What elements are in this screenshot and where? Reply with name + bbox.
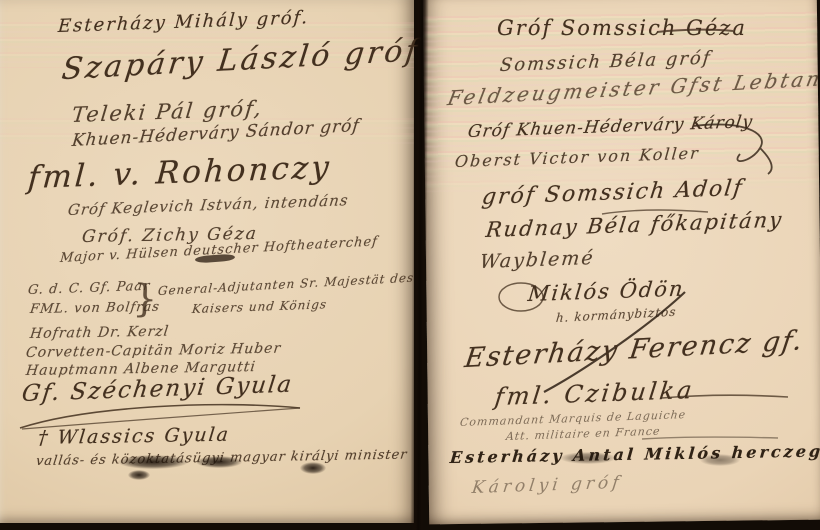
ink-blot (118, 455, 188, 469)
ink-smudge (700, 454, 740, 466)
ink-blot (196, 456, 242, 468)
book-gutter (410, 0, 429, 530)
signature-somssich-geza: Gróf Somssich Géza (497, 16, 747, 40)
ink-blot (300, 462, 326, 474)
signature-waybleme: Wayblemé (479, 247, 596, 273)
signature-wlassics-gyula: † Wlassics Gyula (37, 424, 231, 449)
group-brace: } (132, 276, 158, 321)
ink-smudge (560, 452, 616, 464)
scanned-guestbook-spread: Esterházy Mihály gróf. Szapáry László gr… (0, 0, 820, 530)
ink-blot (128, 470, 150, 480)
signature-hofrath-kerzl: Hofrath Dr. Kerzl (29, 324, 170, 342)
